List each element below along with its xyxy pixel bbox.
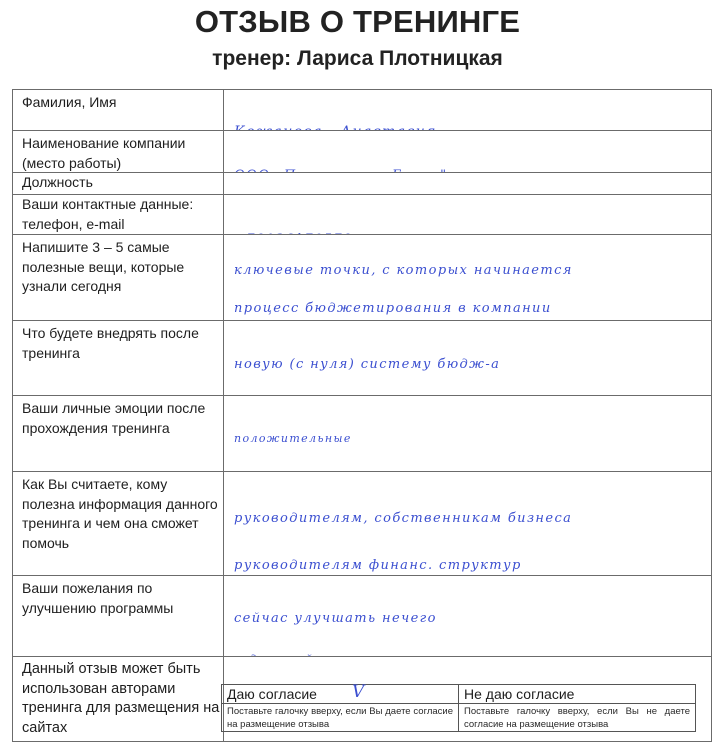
field-label: Фамилия, Имя <box>13 90 224 130</box>
row-improvements: Ваши пожелания по улучшению программы се… <box>13 576 711 657</box>
field-label: Ваши пожелания по улучшению программы <box>13 576 224 656</box>
company-field[interactable]: ООО „Провентас - Групп" <box>224 131 711 172</box>
row-useful-things: Напишите 3 – 5 самые полезные вещи, кото… <box>13 235 711 321</box>
consent-agree-label: Даю согласие <box>227 686 317 702</box>
field-label: Напишите 3 – 5 самые полезные вещи, кото… <box>13 235 224 320</box>
consent-agree-header[interactable]: Даю согласие V <box>222 685 458 704</box>
phone-value: +79036170579 <box>234 231 711 234</box>
feedback-form: Фамилия, Имя Кожанова Анастасия Наименов… <box>12 89 712 742</box>
contacts-field[interactable]: +79036170579 a_kozhanova@bk.ru <box>224 195 711 234</box>
field-label: Ваши личные эмоции после прохождения тре… <box>13 396 224 471</box>
consent-table: Даю согласие V Поставьте галочку вверху,… <box>221 684 696 732</box>
row-publication-consent: Данный отзыв может быть использован авто… <box>13 657 711 741</box>
field-label: Данный отзыв может быть использован авто… <box>13 657 224 741</box>
implement-field[interactable]: новую (с нуля) систему бюдж-а <box>224 321 711 395</box>
consent-disagree-option[interactable]: Не даю согласие Поставьте галочку вверху… <box>458 685 695 731</box>
emotions-field[interactable]: положительные все прошло легко, на одном… <box>224 396 711 471</box>
row-full-name: Фамилия, Имя Кожанова Анастасия <box>13 90 711 131</box>
target-audience-field[interactable]: руководителям, собственникам бизнеса рук… <box>224 472 711 575</box>
row-contacts: Ваши контактные данные: телефон, e-mail … <box>13 195 711 235</box>
row-position: Должность начальник отдела экономики и м… <box>13 173 711 195</box>
field-label: Ваши контактные данные: телефон, e-mail <box>13 195 224 234</box>
useful-things-field[interactable]: ключевые точки, с которых начинается про… <box>224 235 711 320</box>
consent-agree-option[interactable]: Даю согласие V Поставьте галочку вверху,… <box>222 685 458 731</box>
trainer-subtitle: тренер: Лариса Плотницкая <box>0 47 715 71</box>
improvements-field[interactable]: сейчас улучшать нечего в дальнейшем испо… <box>224 576 711 656</box>
field-label: Что будете внедрять после тренинга <box>13 321 224 395</box>
field-label: Наименование компании (место работы) <box>13 131 224 172</box>
consent-disagree-label: Не даю согласие <box>464 686 574 702</box>
position-field[interactable]: начальник отдела экономики и маркетинга <box>224 173 711 194</box>
consent-disagree-header[interactable]: Не даю согласие <box>459 685 695 704</box>
check-mark-icon: V <box>352 683 364 701</box>
field-label: Должность <box>13 173 224 194</box>
row-company: Наименование компании (место работы) ООО… <box>13 131 711 173</box>
form-title: ОТЗЫВ О ТРЕНИНГЕ <box>0 4 715 40</box>
row-emotions: Ваши личные эмоции после прохождения тре… <box>13 396 711 472</box>
consent-disagree-note: Поставьте галочку вверху, если Вы не дае… <box>459 704 695 731</box>
consent-agree-note: Поставьте галочку вверху, если Вы даете … <box>222 704 458 731</box>
field-label: Как Вы считаете, кому полезна информация… <box>13 472 224 575</box>
full-name-field[interactable]: Кожанова Анастасия <box>224 90 711 130</box>
row-target-audience: Как Вы считаете, кому полезна информация… <box>13 472 711 576</box>
row-implement: Что будете внедрять после тренинга новую… <box>13 321 711 396</box>
